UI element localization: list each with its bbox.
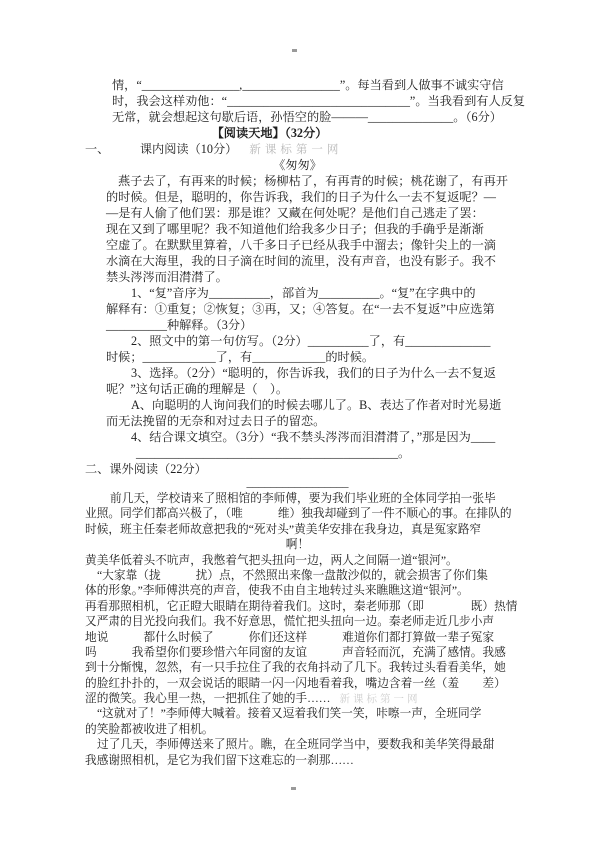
text-line: A、向聪明的人询问我们的时候去哪儿了。B、表达了作者对时光易逝 [106,397,596,413]
text-line: 又严肃的目光投向我们。我不好意思，慌忙把头扭向一边。秦老师走近几步小声 [85,614,596,629]
text-line: ________________________________________… [106,445,596,461]
text-line: 的笑脸都被收进了相机。 [85,722,596,737]
text-line: 吗 我希望你们要珍惜六年同窗的友谊 声音轻而沉，充满了感情。我感 [85,645,596,660]
text-line: “这就对了！”李师傅大喊着。接着又逗着我们笑一笑，咔嚓一声，全班同学 [85,706,596,721]
question-2: 2、照文中的第一句仿写。（2分）__________了，有___________… [106,333,596,349]
reading-section-title: 【阅读天地】（32分） [57,125,482,141]
question-1: 1、“复”音序为__________，部首为__________。“复”在字典中… [106,285,596,301]
poem-title: 《匆匆》 [85,157,510,173]
text-line: 禁头涔涔而泪潸潸了。 [106,269,596,285]
question-3: 3、选择。（2分）“聪明的，你告诉我，我们的日子为什么一去不复返 [106,365,596,381]
text-line: 黄美华低着头不吭声，我憋着气把头扭向一边，两人之间隔一道“银河”。 [85,553,596,568]
text-line: 啊！ [85,537,510,552]
text-line: 时候，班主任秦老师故意把我的“死对头”黄美华安排在我身边，真是冤家路窄 [85,522,596,537]
text-line: 到十分惭愧，忽然，有一只手拉住了我的衣角抖动了几下。我转过头看看美华，她 [85,660,596,675]
text-line: 前几天，学校请来了照相馆的李师傅，要为我们毕业班的全体同学拍一张毕 [85,491,596,506]
section-intro-and-part1: 情，“________________,________________”。每当… [0,77,596,477]
text-line: 再看那照相机，它正瞪大眼睛在期待着我们。这时，秦老师那（即 既）热情 [85,599,596,614]
text-line: 的脸红扑扑的，一双会说话的眼睛一闪一闪地看着我，嘴边含着一丝（羞 差） [85,676,596,691]
page-mark-top [292,49,297,52]
text-line: “大家靠（拢 扰）点，不然照出来像一盘散沙似的，就会损害了你们集 [85,568,596,583]
text-line: 我感谢照相机，是它为我们留下这难忘的一刹那…… [85,753,596,768]
part1-heading: 一、 课内阅读（10分）新课标第一网 [85,141,596,157]
exam-paper-page: 情，“________________,________________”。每当… [0,0,596,842]
text-line: 时，我会这样劝他：“______________________________… [112,93,596,109]
text-line: 燕子去了，有再来的时候；杨柳枯了，有再青的时候；桃花谢了，有再开 [106,173,596,189]
text-line: 时候；____________了，有____________的时候。 [106,349,596,365]
text-line: 情，“________________,________________”。每当… [112,77,596,93]
text-line: 而无法挽留的无奈和对过去日子的留恋。 [106,413,596,429]
question-4: 4、结合课文填空。（3分）“我不禁头涔涔而泪潸潸了，”那是因为____ [106,429,596,445]
text-line: 空虚了。在默默里算着，八千多日子已经从我手中溜去；像针尖上的一滴 [106,237,596,253]
text-line: —是有人偷了他们罢：那是谁？又藏在何处呢？是他们自己逃走了罢： [106,205,596,221]
text-line: 体的形象。”李师傅洪亮的声音，使我不由自主地转过头来瞧瞧这道“银河”。 [85,583,596,598]
essay-title-blank: _________________ [85,474,510,490]
text-line: 地说 都什么时候了 你们还这样 难道你们都打算做一辈子冤家 [85,630,596,645]
text-line: 解释有：①重复；②恢复；③再，又；④答复。在“一去不复返”中应选第 [106,301,596,317]
text-line: 的时候。但是，聪明的，你告诉我，我们的日子为什么一去不复返呢？— [106,189,596,205]
text-line: 呢？”这句话正确的理解是（ ）。 [106,381,596,397]
section-part2-body: 前几天，学校请来了照相馆的李师傅，要为我们毕业班的全体同学拍一张毕业照。同学们都… [0,491,596,768]
text-line: 现在又到了哪里呢？我不知道他们给我多少日子；但我的手确乎是渐渐 [106,221,596,237]
watermark-text: 新课标第一网 [249,144,342,156]
watermark-text: 新课标第一网 [339,694,420,705]
text-line: 涩的微笑。我心里一热，一把抓住了她的手……新课标第一网 [85,691,596,706]
page-mark-bottom [291,787,296,790]
text-line: 过了几天，李师傅送来了照片。瞧，在全班同学当中，要数我和美华笑得最甜 [85,737,596,752]
text-line: 无常，就会想起这句歇后语，孙悟空的脸———______________。（6分） [112,109,596,125]
text-line: __________种解释。（3分） [106,317,596,333]
text-line: 业照。同学们都高兴极了，（唯 维）独我却碰到了一件不顺心的事。在排队的 [85,506,596,521]
text-line: 水滴在大海里，我的日子滴在时间的流里，没有声音，也没有影子。我不 [106,253,596,269]
